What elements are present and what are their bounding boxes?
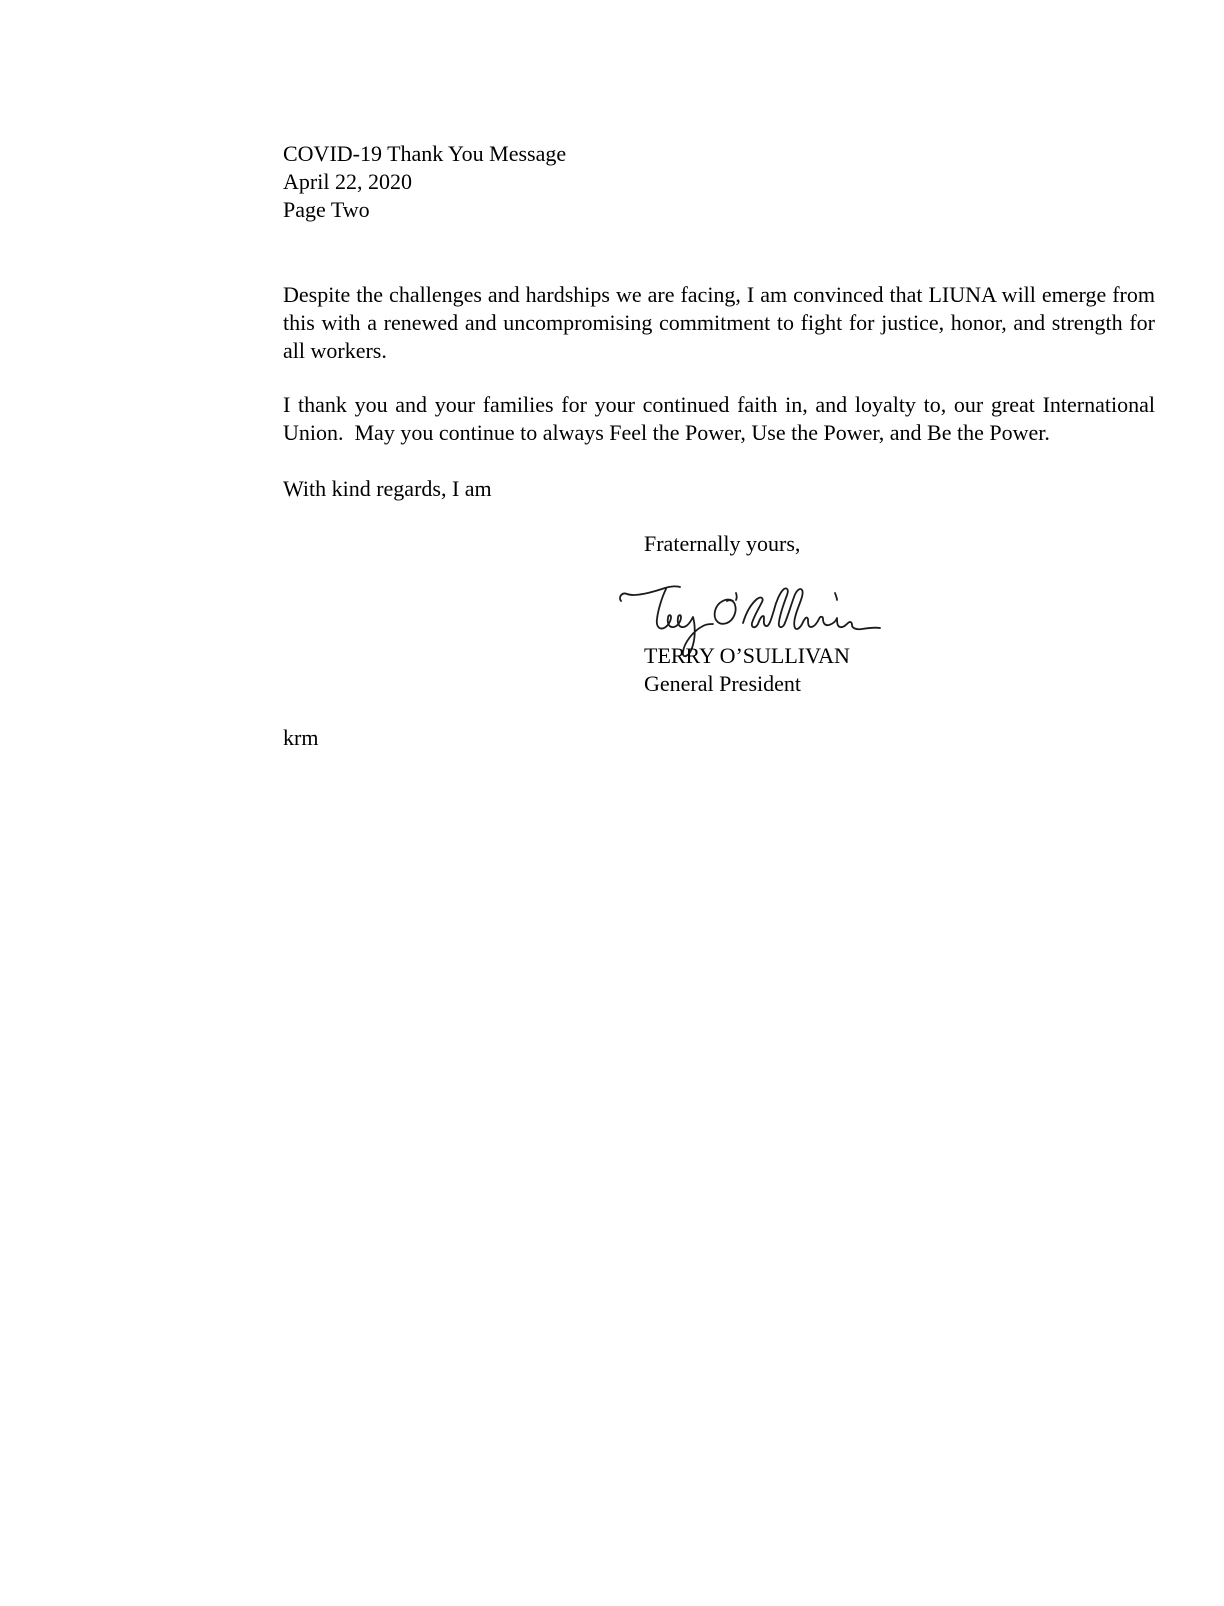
signer-name: TERRY O’SULLIVAN xyxy=(644,642,850,670)
header-page-number: Page Two xyxy=(283,196,566,224)
header-date: April 22, 2020 xyxy=(283,168,566,196)
body-paragraph-2: I thank you and your families for your c… xyxy=(283,391,1155,447)
letter-header: COVID-19 Thank You Message April 22, 202… xyxy=(283,140,566,224)
signature-stroke-sullivan xyxy=(743,588,880,629)
signer-title: General President xyxy=(644,670,801,698)
body-paragraph-1: Despite the challenges and hardships we … xyxy=(283,281,1155,365)
signature-stroke-o xyxy=(715,600,736,624)
signature-stroke-tick xyxy=(835,593,837,600)
typist-initials: krm xyxy=(283,724,318,752)
header-subject: COVID-19 Thank You Message xyxy=(283,140,566,168)
regards-line: With kind regards, I am xyxy=(283,475,492,503)
closing-salutation: Fraternally yours, xyxy=(644,530,800,558)
signature-stroke-apostrophe xyxy=(736,593,737,600)
signature-stroke-t-flourish xyxy=(620,586,680,601)
letter-page: COVID-19 Thank You Message April 22, 202… xyxy=(0,0,1224,1606)
